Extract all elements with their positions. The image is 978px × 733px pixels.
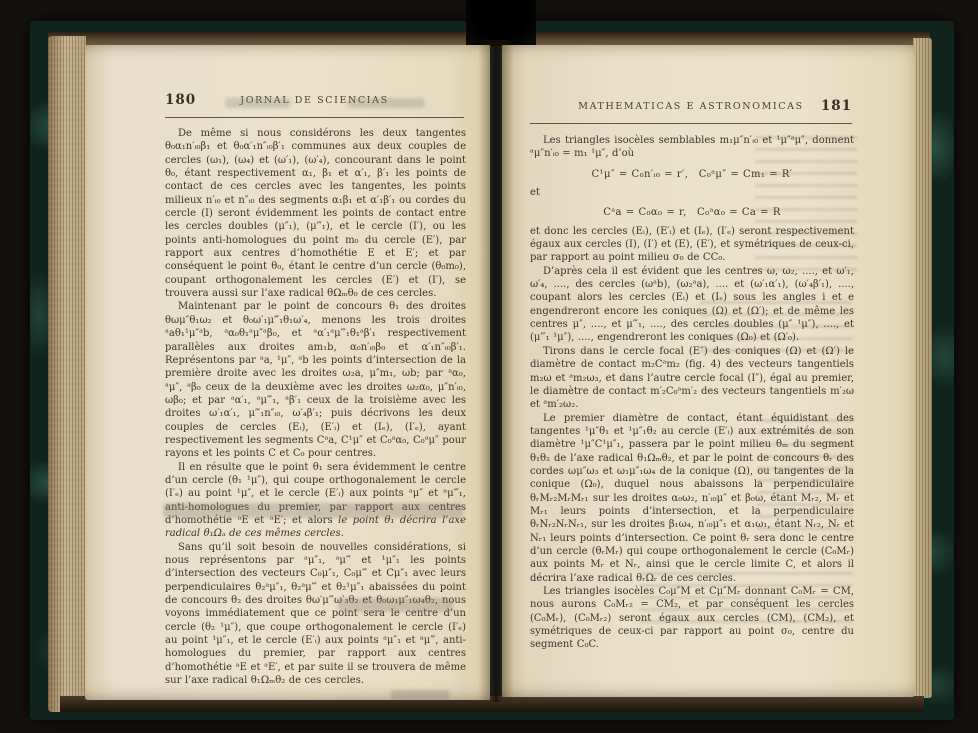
text-run: De même si nous considérons les deux tan… [165, 128, 466, 299]
page-number-right: 181 [821, 98, 852, 114]
page-edges-right [913, 38, 932, 698]
text-run: Le premier diamètre de contact, étant éq… [530, 413, 854, 584]
paragraph: et donc les cercles (Eᵢ), (E′ᵢ) et (Iₑ),… [530, 225, 854, 265]
journal-title: JORNAL DE SCIENCIAS [165, 95, 464, 106]
spine-notch [466, 0, 536, 46]
paragraph: Maintenant par le point de concours θ₁ d… [165, 300, 466, 460]
paragraph: et [530, 186, 854, 199]
header-rule-right [530, 123, 852, 124]
text-run: Maintenant par le point de concours θ₁ d… [165, 301, 466, 459]
page-left: 180 JORNAL DE SCIENCIAS De même si nous … [85, 45, 490, 700]
paragraph: Les triangles isocèles C₀μ″M et Cμ″Mᵣ do… [530, 585, 854, 652]
text-run: Sans qu’il soit besoin de nouvelles cons… [165, 542, 466, 686]
equation: Cᵃa = C₀α₀ = r, C₀ᵃα₀ = Ca = R [530, 206, 854, 219]
page-right: MATHEMATICAS E ASTRONOMICAS 181 Les tria… [502, 45, 915, 697]
text-run: Tirons dans le cercle focal (E″) des con… [530, 346, 854, 410]
paragraph: Sans qu’il soit besoin de nouvelles cons… [165, 541, 466, 688]
paragraph: D’après cela il est évident que les cent… [530, 265, 854, 345]
equation: C¹μ″ = C₀n′ᵢ₀ = r′, C₀ᵃμ″ = Cm₁ = R′ [530, 168, 854, 181]
header-rule-left [165, 117, 464, 118]
text-run: C¹μ″ = C₀n′ᵢ₀ = r′, C₀ᵃμ″ = Cm₁ = R′ [592, 169, 793, 180]
text-run: Les triangles isocèles semblables m₁μ″n′… [530, 135, 854, 159]
page-number-left: 180 [165, 92, 196, 108]
text-run: D’après cela il est évident que les cent… [530, 266, 854, 344]
text-run: et donc les cercles (Eᵢ), (E′ᵢ) et (Iₑ),… [530, 226, 854, 264]
text-column-left: De même si nous considérons les deux tan… [165, 127, 466, 690]
stain [390, 690, 450, 700]
text-run: Cᵃa = C₀α₀ = r, C₀ᵃα₀ = Ca = R [603, 207, 781, 218]
paragraph: Il en résulte que le point θ₁ sera évide… [165, 461, 466, 541]
text-column-right: Les triangles isocèles semblables m₁μ″n′… [530, 134, 854, 685]
paragraph: Le premier diamètre de contact, étant éq… [530, 412, 854, 585]
paragraph: Les triangles isocèles semblables m₁μ″n′… [530, 134, 854, 161]
paragraph: Tirons dans le cercle focal (E″) des con… [530, 345, 854, 412]
text-run: Les triangles isocèles C₀μ″M et Cμ″Mᵣ do… [530, 586, 854, 650]
text-run: et [530, 187, 540, 198]
page-left-header: 180 JORNAL DE SCIENCIAS [165, 95, 464, 111]
section-title: MATHEMATICAS E ASTRONOMICAS [530, 101, 852, 112]
page-right-header: MATHEMATICAS E ASTRONOMICAS 181 [530, 101, 852, 117]
paragraph: De même si nous considérons les deux tan… [165, 127, 466, 300]
book-scan-photo: 180 JORNAL DE SCIENCIAS De même si nous … [0, 0, 978, 733]
page-edges-left [48, 36, 86, 712]
